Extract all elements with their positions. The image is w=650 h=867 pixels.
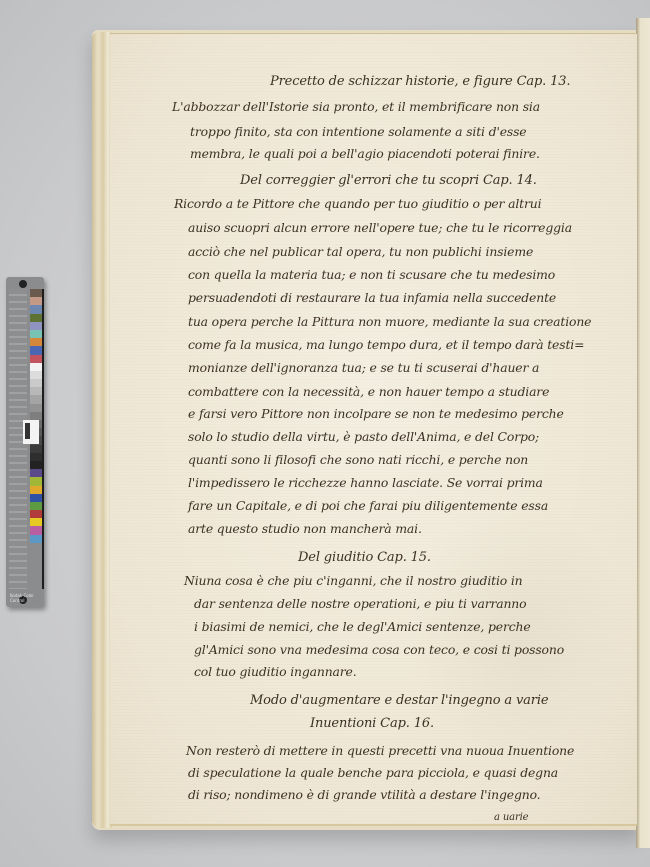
color-swatch: [30, 404, 42, 412]
color-swatch: [30, 322, 42, 330]
text-line: gl'Amici sono vna medesima cosa con teco…: [194, 642, 564, 657]
text-line: con quella la materia tua; e non ti scus…: [188, 267, 555, 282]
chapter-heading-14: Del correggier gl'errori che tu scopri C…: [240, 173, 537, 188]
color-swatch: [30, 363, 42, 371]
text-line: Non resterò di mettere in questi precett…: [186, 743, 574, 758]
target-scale-bar: [42, 289, 44, 589]
text-line: col tuo giuditio ingannare.: [194, 664, 357, 679]
text-line: quanti sono li filosofi che sono nati ri…: [188, 452, 528, 467]
color-swatch: [30, 355, 42, 363]
text-line: tua opera perche la Pittura non muore, m…: [188, 314, 591, 329]
chapter-heading-15: Del giuditio Cap. 15.: [298, 550, 431, 565]
color-swatches: [30, 289, 42, 543]
text-line: arte questo studio non mancherà mai.: [188, 521, 422, 536]
text-line: dar sentenza delle nostre operationi, e …: [194, 596, 526, 611]
color-swatch: [30, 477, 42, 485]
color-swatch: [30, 510, 42, 518]
color-swatch: [30, 453, 42, 461]
text-line: Ricordo a te Pittore che quando per tuo …: [174, 196, 541, 211]
text-line: e farsi vero Pittore non incolpare se no…: [188, 406, 564, 421]
color-swatch: [30, 379, 42, 387]
target-label-card: [23, 420, 39, 444]
color-swatch: [30, 494, 42, 502]
manuscript-page: Precetto de schizzar historie, e figure …: [110, 33, 637, 826]
color-swatch: [30, 387, 42, 395]
chapter-heading-16-line1: Modo d'augmentare e destar l'ingegno a v…: [250, 693, 548, 708]
text-line: persuadendoti di restaurare la tua infam…: [188, 290, 556, 305]
text-line: i biasimi de nemici, che le degl'Amici s…: [194, 619, 531, 634]
page-edges-right: [636, 18, 650, 848]
color-swatch: [30, 445, 42, 453]
color-swatch: [30, 412, 42, 420]
color-swatch: [30, 338, 42, 346]
text-line: di speculatione la quale benche para pic…: [188, 765, 558, 780]
color-swatch: [30, 486, 42, 494]
text-line: l'impedissero le ricchezze hanno lasciat…: [188, 475, 543, 490]
color-calibration-target: Kodak Color Control: [6, 277, 44, 607]
color-swatch: [30, 305, 42, 313]
color-swatch: [30, 371, 42, 379]
target-caption: Kodak Color Control: [10, 593, 44, 603]
color-swatch: [30, 502, 42, 510]
text-line: come fa la musica, ma lungo tempo dura, …: [188, 337, 584, 352]
chapter-heading-16-line2: Inuentioni Cap. 16.: [310, 716, 434, 731]
catchword: a uarie: [494, 812, 528, 823]
text-line: troppo finito, sta con intentione solame…: [190, 124, 526, 139]
color-swatch: [30, 314, 42, 322]
color-swatch: [30, 346, 42, 354]
color-swatch: [30, 518, 42, 526]
color-swatch: [30, 535, 42, 543]
text-line: L'abbozzar dell'Istorie sia pronto, et i…: [172, 99, 540, 114]
color-swatch: [30, 526, 42, 534]
color-swatch: [30, 297, 42, 305]
color-swatch: [30, 469, 42, 477]
color-swatch: [30, 395, 42, 403]
text-line: Niuna cosa è che piu c'inganni, che il n…: [184, 573, 523, 588]
text-line: di riso; nondimeno è di grande vtilità a…: [188, 787, 540, 802]
page-edges-left: [92, 32, 112, 828]
text-line: membra, le quali poi a bell'agio piacend…: [190, 146, 540, 161]
chapter-heading-13: Precetto de schizzar historie, e figure …: [270, 74, 570, 89]
color-swatch: [30, 330, 42, 338]
text-line: acciò che nel publicar tal opera, tu non…: [188, 244, 533, 259]
text-line: combattere con la necessità, e non hauer…: [188, 384, 549, 399]
manuscript-text: Precetto de schizzar historie, e figure …: [110, 34, 637, 824]
text-line: auiso scuopri alcun errore nell'opere tu…: [188, 220, 572, 235]
text-line: solo lo studio della virtu, è pasto dell…: [188, 429, 539, 444]
color-swatch: [30, 461, 42, 469]
text-line: fare un Capitale, e di poi che farai piu…: [188, 498, 548, 513]
text-line: monianze dell'ignoranza tua; e se tu ti …: [188, 360, 539, 375]
color-swatch: [30, 289, 42, 297]
target-hole-top: [19, 280, 27, 288]
